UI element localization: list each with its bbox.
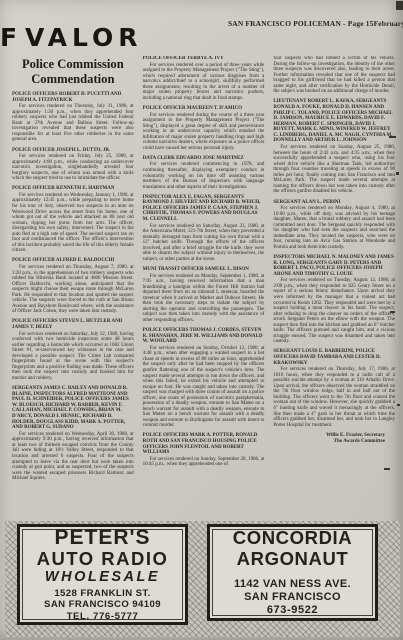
newspaper-page: SAN FRANCISCO POLICEMAN - Page 15 Februa… xyxy=(0,0,403,640)
article-body: four suspects who had robbed a victim of… xyxy=(273,56,395,95)
banner-partial-letter: F xyxy=(0,25,17,50)
banner-title-valor: VALOR xyxy=(25,25,143,50)
article: LIEUTENANT ROBERT L. KAFKA, SERGEANTS RO… xyxy=(273,99,395,195)
article: POLICE OFFICERS STEVEN L. HUTZLER AND JA… xyxy=(12,319,134,381)
ad-title: ARGONAUT xyxy=(237,549,349,570)
article-heading: MUNI TRANSIT OFFICER SAMUEL L. DISON xyxy=(143,267,265,273)
article: MUNI TRANSIT OFFICER SAMUEL L. DISON For… xyxy=(143,267,265,324)
signature-org: The Awards Committee xyxy=(273,438,385,444)
article-heading: POLICE OFFICERS STEVEN L. HUTZLER AND JA… xyxy=(12,319,134,330)
article-body: For services rendered on Thursday, Augus… xyxy=(12,265,134,315)
ad-phone: 673-9522 xyxy=(267,604,318,617)
advertisement-section: PETER'S AUTO RADIO WHOLESALE 1528 FRANKL… xyxy=(5,521,400,637)
section-title-line2: Commendation xyxy=(12,72,134,87)
article-heading: SERGEANTS JAMES C. BAILEY AND DONALD R. … xyxy=(12,386,134,431)
article-heading: POLICE OFFICER JOSEPH L. DUTTO, JR. xyxy=(12,148,134,154)
column-3: four suspects who had robbed a victim of… xyxy=(273,56,395,520)
article-body: For services rendered on Thursday, July … xyxy=(273,367,395,428)
masthead-title: SAN FRANCISCO POLICEMAN - Page 15 xyxy=(228,19,374,28)
article: SERGEANT ALAN L. PERINI For services ren… xyxy=(273,200,395,251)
article: POLICE OFFICERS ROBERT D. PUCETTI AND JO… xyxy=(12,92,134,143)
column-1: Police Commission Commendation POLICE OF… xyxy=(12,56,134,520)
article-heading: POLICE OFFICER ALFRED E. BALDOCCHI xyxy=(12,258,134,264)
article-body: For services rendered on Saturday, July … xyxy=(12,332,134,382)
article-heading: POLICE OFFICERS THOMAS J. CORDES, STEVEN… xyxy=(143,328,265,345)
article-heading: SERGEANT LOUIS E. BARBERINI, POLICE OFFI… xyxy=(273,349,395,366)
article-continuation: four suspects who had robbed a victim of… xyxy=(273,56,395,95)
article-body: For services rendered on Tuesday, August… xyxy=(273,278,395,345)
scan-artifact xyxy=(389,136,396,138)
article-heading: LIEUTENANT ROBERT L. KAFKA, SERGEANTS RO… xyxy=(273,99,395,144)
scan-artifact xyxy=(397,404,400,406)
masthead: SAN FRANCISCO POLICEMAN - Page 15 Februa… xyxy=(228,19,393,28)
article: POLICE OFFICER JOSEPH L. DUTTO, JR. For … xyxy=(12,148,134,182)
article-body: For services rendered on Monday, August … xyxy=(273,206,395,250)
article: DATA CLERK EDUARDO JOSE MARTINEZ For ser… xyxy=(143,156,265,190)
article: POLICE OFFICERS THOMAS J. CORDES, STEVEN… xyxy=(143,328,265,429)
article-heading: DATA CLERK EDUARDO JOSE MARTINEZ xyxy=(143,156,265,162)
scan-artifact xyxy=(384,468,390,470)
ad-subtitle: WHOLESALE xyxy=(45,569,160,586)
article: POLICE OFFICER KENNETH E. HARTMAN For se… xyxy=(12,186,134,254)
ad-title: CONCORDIA xyxy=(233,528,352,549)
article: SERGEANTS JAMES C. BAILEY AND DONALD R. … xyxy=(12,386,134,482)
ad-title: AUTO RADIO xyxy=(37,549,169,569)
article-body: For services rendered during the course … xyxy=(143,113,265,152)
ad-address: 1142 VAN NESS AVE. xyxy=(234,578,351,591)
article-heading: SERGEANT ALAN L. PERINI xyxy=(273,200,395,206)
article-heading: POLICE OFFICER MAUREEN T. D'AMICO xyxy=(143,106,265,112)
article: POLICE OFFICER ALFRED E. BALDOCCHI For s… xyxy=(12,258,134,315)
ad-city: SAN FRANCISCO 94109 xyxy=(44,599,161,611)
article: POLICE OFFICER MAUREEN T. D'AMICO For se… xyxy=(143,106,265,151)
article-heading: POLICE OFFICERS MARK A. POTTER, RONALD R… xyxy=(143,433,265,455)
ad-phone: TEL. 776-5777 xyxy=(67,611,139,623)
article: POLICE OFFICER TERRYE A. IVY For service… xyxy=(143,56,265,101)
article-body: For services rendered on Wednesday, Apri… xyxy=(12,432,134,482)
ad-title: PETER'S xyxy=(54,527,150,549)
signature-block: Willis E. Frazier, Secretary The Awards … xyxy=(273,432,395,444)
article-body: For services rendered over a period of t… xyxy=(143,63,265,102)
article-body: For services rendered commencing in 1978… xyxy=(143,162,265,190)
section-title: Police Commission Commendation xyxy=(12,57,134,86)
ad-peters-auto-radio: PETER'S AUTO RADIO WHOLESALE 1528 FRANKL… xyxy=(17,524,188,625)
article-body: For services rendered on Saturday, Augus… xyxy=(143,224,265,263)
article-heading: INSPECTOR ALEX E. FAGAN, SERGEANTS RAYMO… xyxy=(143,195,265,223)
column-2: POLICE OFFICER TERRYE A. IVY For service… xyxy=(143,56,265,520)
article-heading: POLICE OFFICERS ROBERT D. PUCETTI AND JO… xyxy=(12,92,134,103)
article-body: For services rendered on Wednesday, Janu… xyxy=(12,193,134,254)
ad-address: 1528 FRANKLIN ST. xyxy=(54,588,150,600)
article-body: For services rendered on Sunday, August … xyxy=(273,145,395,195)
article: POLICE OFFICERS MARK A. POTTER, RONALD R… xyxy=(143,433,265,467)
article-columns: Police Commission Commendation POLICE OF… xyxy=(12,56,395,520)
article-body: For services rendered on Sunday, October… xyxy=(143,346,265,429)
article-body: For services rendered on Thursday, July … xyxy=(12,104,134,143)
article: INSPECTORS MICHAEL N. MALONEY AND JAMES … xyxy=(273,255,395,345)
scan-artifact xyxy=(390,311,395,313)
masthead-date: February 1981 xyxy=(374,19,403,28)
article-body: For services rendered on Friday, July 25… xyxy=(12,154,134,182)
scan-artifact xyxy=(396,172,399,175)
ad-concordia-argonaut: CONCORDIA ARGONAUT 1142 VAN NESS AVE. SA… xyxy=(207,524,378,621)
article-body: For services rendered on Monday, Septemb… xyxy=(143,274,265,324)
article-body: For services rendered on Sunday, Septemb… xyxy=(143,457,265,468)
article-heading: INSPECTORS MICHAEL N. MALONEY AND JAMES … xyxy=(273,255,395,277)
scan-artifact xyxy=(396,1,403,10)
article: INSPECTOR ALEX E. FAGAN, SERGEANTS RAYMO… xyxy=(143,195,265,263)
article: SERGEANT LOUIS E. BARBERINI, POLICE OFFI… xyxy=(273,349,395,428)
section-title-line1: Police Commission xyxy=(12,57,134,72)
article-heading: POLICE OFFICER TERRYE A. IVY xyxy=(143,56,265,62)
ad-city: SAN FRANCISCO xyxy=(244,591,341,604)
article-heading: POLICE OFFICER KENNETH E. HARTMAN xyxy=(12,186,134,192)
